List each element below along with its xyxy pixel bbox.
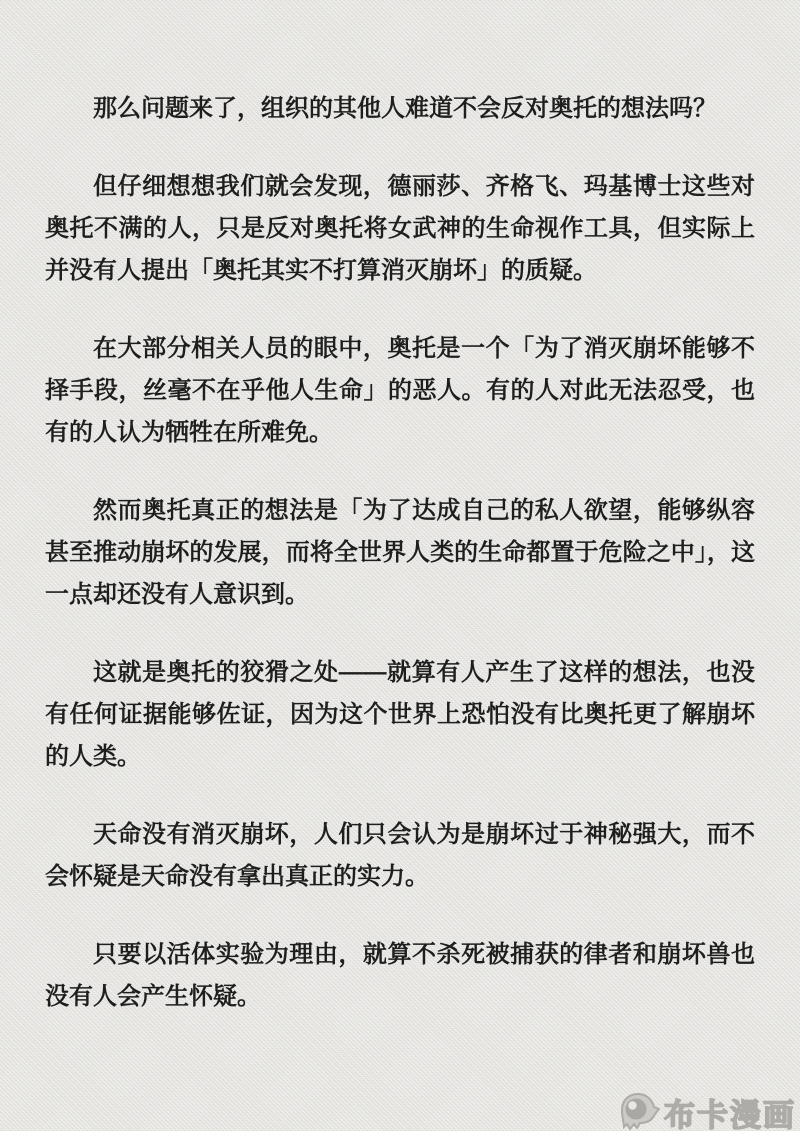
watermark-text: 布卡漫画 [664,1090,796,1131]
text-page[interactable]: 那么问题来了，组织的其他人难道不会反对奥托的想法吗？ 但仔细想想我们就会发现，德… [0,0,800,1131]
paragraph: 然而奥托真正的想法是「为了达成自己的私人欲望，能够纵容甚至推动崩坏的发展，而将全… [45,490,755,616]
paragraph: 天命没有消灭崩坏，人们只会认为是崩坏过于神秘强大，而不会怀疑是天命没有拿出真正的… [45,814,755,898]
buka-mascot-icon [620,1092,660,1131]
paragraph: 那么问题来了，组织的其他人难道不会反对奥托的想法吗？ [45,88,755,130]
watermark: 布卡漫画 [620,1090,796,1131]
paragraph: 但仔细想想我们就会发现，德丽莎、齐格飞、玛基博士这些对奥托不满的人，只是反对奥托… [45,166,755,292]
paragraph: 只要以活体实验为理由，就算不杀死被捕获的律者和崩坏兽也没有人会产生怀疑。 [45,934,755,1018]
paragraph: 这就是奥托的狡猾之处——就算有人产生了这样的想法，也没有任何证据能够佐证，因为这… [45,652,755,778]
paragraph: 在大部分相关人员的眼中，奥托是一个「为了消灭崩坏能够不择手段，丝毫不在乎他人生命… [45,328,755,454]
article-body: 那么问题来了，组织的其他人难道不会反对奥托的想法吗？ 但仔细想想我们就会发现，德… [45,88,755,1054]
